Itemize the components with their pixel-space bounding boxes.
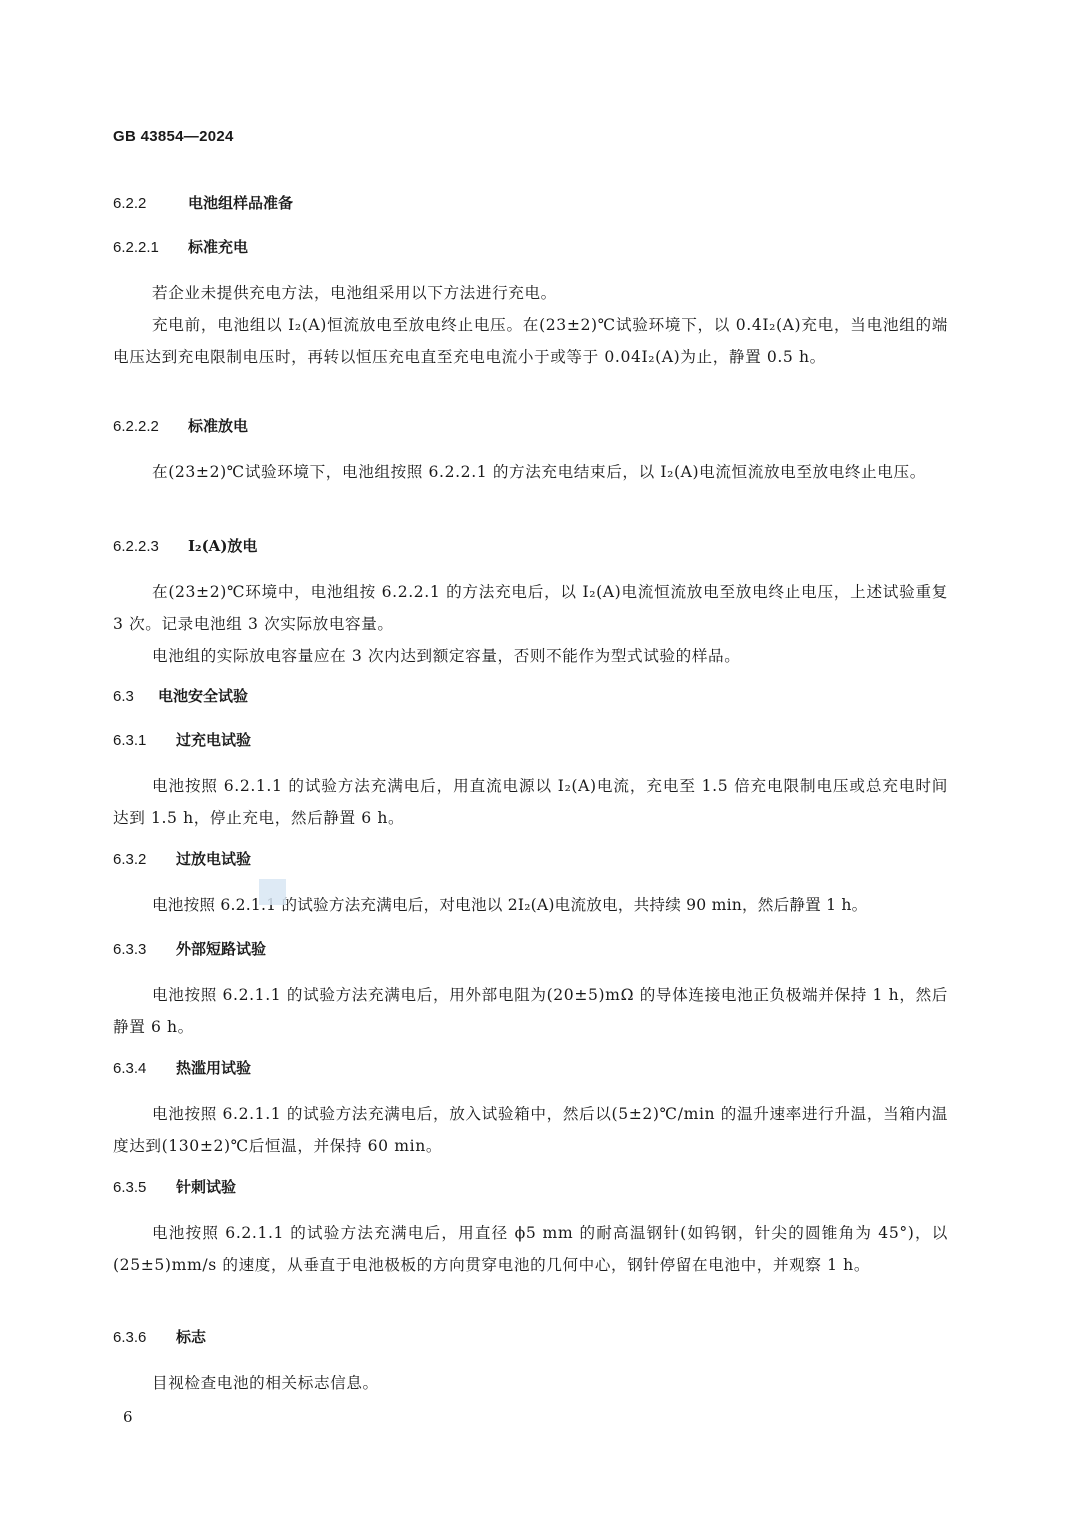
section-title: 电池安全试验	[158, 687, 248, 705]
section-number: 6.2.2.3	[113, 536, 188, 558]
section-title: 针刺试验	[176, 1178, 236, 1196]
section-number: 6.3.4	[113, 1058, 176, 1080]
section-number: 6.2.2.2	[113, 416, 188, 438]
page-number: 6	[123, 1408, 133, 1426]
paragraph: 电池按照 6.2.1.1 的试验方法充满电后，用直流电源以 I₂(A)电流，充电…	[113, 770, 948, 834]
paragraph: 在(23±2)℃环境中，电池组按 6.2.2.1 的方法充电后，以 I₂(A)电…	[113, 576, 948, 640]
section-number: 6.3.3	[113, 939, 176, 961]
section-heading: 6.3.6标志	[113, 1326, 948, 1349]
paragraph: 电池组的实际放电容量应在 3 次内达到额定容量，否则不能作为型式试验的样品。	[113, 640, 948, 672]
section-title: 电池组样品准备	[188, 194, 293, 212]
section-6-2-2-2: 6.2.2.2标准放电 在(23±2)℃试验环境下，电池组按照 6.2.2.1 …	[113, 415, 948, 488]
section-number: 6.3	[113, 686, 158, 708]
section-6-3-5: 6.3.5针刺试验 电池按照 6.2.1.1 的试验方法充满电后，用直径 ϕ5 …	[113, 1176, 948, 1281]
section-title: 热滥用试验	[176, 1059, 251, 1077]
section-heading: 6.3.2过放电试验	[113, 848, 948, 871]
section-heading: 6.3.1过充电试验	[113, 729, 948, 752]
section-number: 6.3.5	[113, 1177, 176, 1199]
section-title: 标准放电	[188, 417, 248, 435]
section-number: 6.3.2	[113, 849, 176, 871]
section-number: 6.3.1	[113, 730, 176, 752]
section-6-3-2: 6.3.2过放电试验 电池按照 6.2.1.1 的试验方法充满电后，对电池以 2…	[113, 848, 948, 921]
section-number: 6.2.2	[113, 193, 188, 215]
watermark-logo	[259, 879, 286, 905]
section-number: 6.2.2.1	[113, 237, 188, 259]
section-heading: 6.2.2.2标准放电	[113, 415, 948, 438]
section-title: 标准充电	[188, 238, 248, 256]
paragraph: 在(23±2)℃试验环境下，电池组按照 6.2.2.1 的方法充电结束后，以 I…	[113, 456, 948, 488]
section-heading: 6.2.2.3I₂(A)放电	[113, 535, 948, 558]
section-heading: 6.2.2.1标准充电	[113, 236, 948, 259]
section-heading: 6.3.5针刺试验	[113, 1176, 948, 1199]
section-title: 外部短路试验	[176, 940, 266, 958]
paragraph: 充电前，电池组以 I₂(A)恒流放电至放电终止电压。在(23±2)℃试验环境下，…	[113, 309, 948, 373]
section-heading: 6.3.3外部短路试验	[113, 938, 948, 961]
section-title: 标志	[176, 1328, 206, 1346]
paragraph: 电池按照 6.2.1.1 的试验方法充满电后，对电池以 2I₂(A)电流放电，共…	[113, 889, 948, 921]
section-heading: 6.2.2电池组样品准备	[113, 192, 948, 215]
section-heading: 6.3电池安全试验	[113, 685, 948, 708]
section-6-2-2: 6.2.2电池组样品准备	[113, 192, 948, 215]
section-6-2-2-3: 6.2.2.3I₂(A)放电 在(23±2)℃环境中，电池组按 6.2.2.1 …	[113, 535, 948, 672]
paragraph: 电池按照 6.2.1.1 的试验方法充满电后，用直径 ϕ5 mm 的耐高温钢针(…	[113, 1217, 948, 1281]
section-heading: 6.3.4热滥用试验	[113, 1057, 948, 1080]
standard-code: GB 43854—2024	[113, 128, 234, 145]
section-6-3-4: 6.3.4热滥用试验 电池按照 6.2.1.1 的试验方法充满电后，放入试验箱中…	[113, 1057, 948, 1162]
section-title: I₂(A)放电	[188, 537, 257, 555]
section-6-2-2-1: 6.2.2.1标准充电 若企业未提供充电方法，电池组采用以下方法进行充电。 充电…	[113, 236, 948, 373]
section-title: 过充电试验	[176, 731, 251, 749]
section-6-3: 6.3电池安全试验	[113, 685, 948, 708]
section-6-3-3: 6.3.3外部短路试验 电池按照 6.2.1.1 的试验方法充满电后，用外部电阻…	[113, 938, 948, 1043]
paragraph: 电池按照 6.2.1.1 的试验方法充满电后，用外部电阻为(20±5)mΩ 的导…	[113, 979, 948, 1043]
section-title: 过放电试验	[176, 850, 251, 868]
section-number: 6.3.6	[113, 1327, 176, 1349]
paragraph: 若企业未提供充电方法，电池组采用以下方法进行充电。	[113, 277, 948, 309]
paragraph: 电池按照 6.2.1.1 的试验方法充满电后，放入试验箱中，然后以(5±2)℃/…	[113, 1098, 948, 1162]
paragraph: 目视检查电池的相关标志信息。	[113, 1367, 948, 1399]
section-6-3-6: 6.3.6标志 目视检查电池的相关标志信息。	[113, 1326, 948, 1399]
section-6-3-1: 6.3.1过充电试验 电池按照 6.2.1.1 的试验方法充满电后，用直流电源以…	[113, 729, 948, 834]
